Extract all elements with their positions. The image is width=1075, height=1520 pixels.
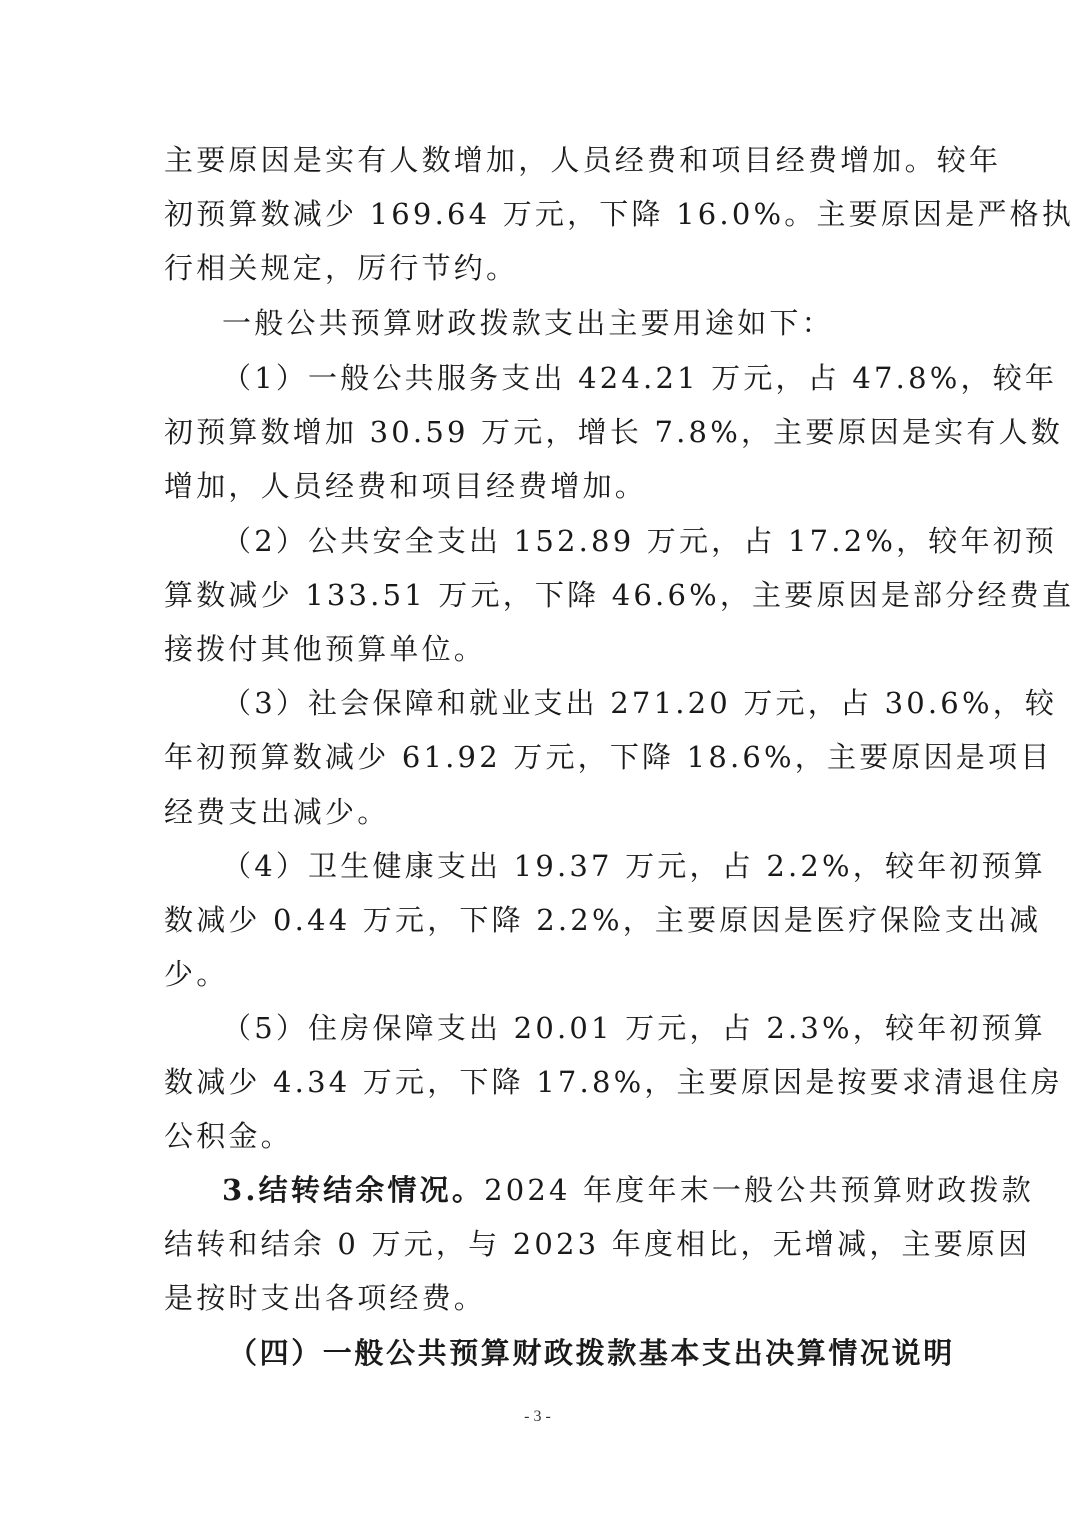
item-4-line: 数减少 0.44 万元，下降 2.2%，主要原因是医疗保险支出减	[164, 900, 914, 940]
paragraph-line: 初预算数减少 169.64 万元，下降 16.0%。主要原因是严格执	[164, 194, 914, 234]
item-4-line: 少。	[164, 954, 914, 994]
paragraph-line: 主要原因是实有人数增加，人员经费和项目经费增加。较年	[164, 140, 914, 180]
item-1-line: 增加，人员经费和项目经费增加。	[164, 466, 914, 506]
item-1-line: （1）一般公共服务支出 424.21 万元，占 47.8%，较年	[222, 358, 972, 398]
item-2-line: 接拨付其他预算单位。	[164, 629, 914, 669]
section-3-title: 3.结转结余情况。	[222, 1173, 484, 1207]
section-3-line: 结转和结余 0 万元，与 2023 年度相比，无增减，主要原因	[164, 1224, 914, 1264]
page-number: - 3 -	[0, 1408, 1075, 1426]
item-3-line: 经费支出减少。	[164, 792, 914, 832]
item-3-line: （3）社会保障和就业支出 271.20 万元，占 30.6%，较	[222, 683, 972, 723]
item-3-line: 年初预算数减少 61.92 万元，下降 18.6%，主要原因是项目	[164, 737, 914, 777]
item-4-line: （4）卫生健康支出 19.37 万元，占 2.2%，较年初预算	[222, 846, 972, 886]
paragraph-line: 行相关规定，厉行节约。	[164, 248, 914, 288]
item-5-line: 公积金。	[164, 1116, 914, 1156]
section-3-line: 3.结转结余情况。2024 年度年末一般公共预算财政拨款	[222, 1170, 972, 1210]
item-1-line: 初预算数增加 30.59 万元，增长 7.8%，主要原因是实有人数	[164, 412, 914, 452]
item-2-line: （2）公共安全支出 152.89 万元，占 17.2%，较年初预	[222, 521, 972, 561]
item-2-line: 算数减少 133.51 万元，下降 46.6%，主要原因是部分经费直	[164, 575, 914, 615]
item-5-line: （5）住房保障支出 20.01 万元，占 2.3%，较年初预算	[222, 1008, 972, 1048]
section-3-line: 是按时支出各项经费。	[164, 1278, 914, 1318]
section-heading: （四）一般公共预算财政拨款基本支出决算情况说明	[228, 1333, 908, 1373]
section-3-text: 2024 年度年末一般公共预算财政拨款	[484, 1173, 1034, 1207]
item-5-line: 数减少 4.34 万元，下降 17.8%，主要原因是按要求清退住房	[164, 1062, 914, 1102]
paragraph-line: 一般公共预算财政拨款支出主要用途如下：	[222, 303, 972, 343]
document-page: 主要原因是实有人数增加，人员经费和项目经费增加。较年 初预算数减少 169.64…	[0, 0, 1075, 1520]
